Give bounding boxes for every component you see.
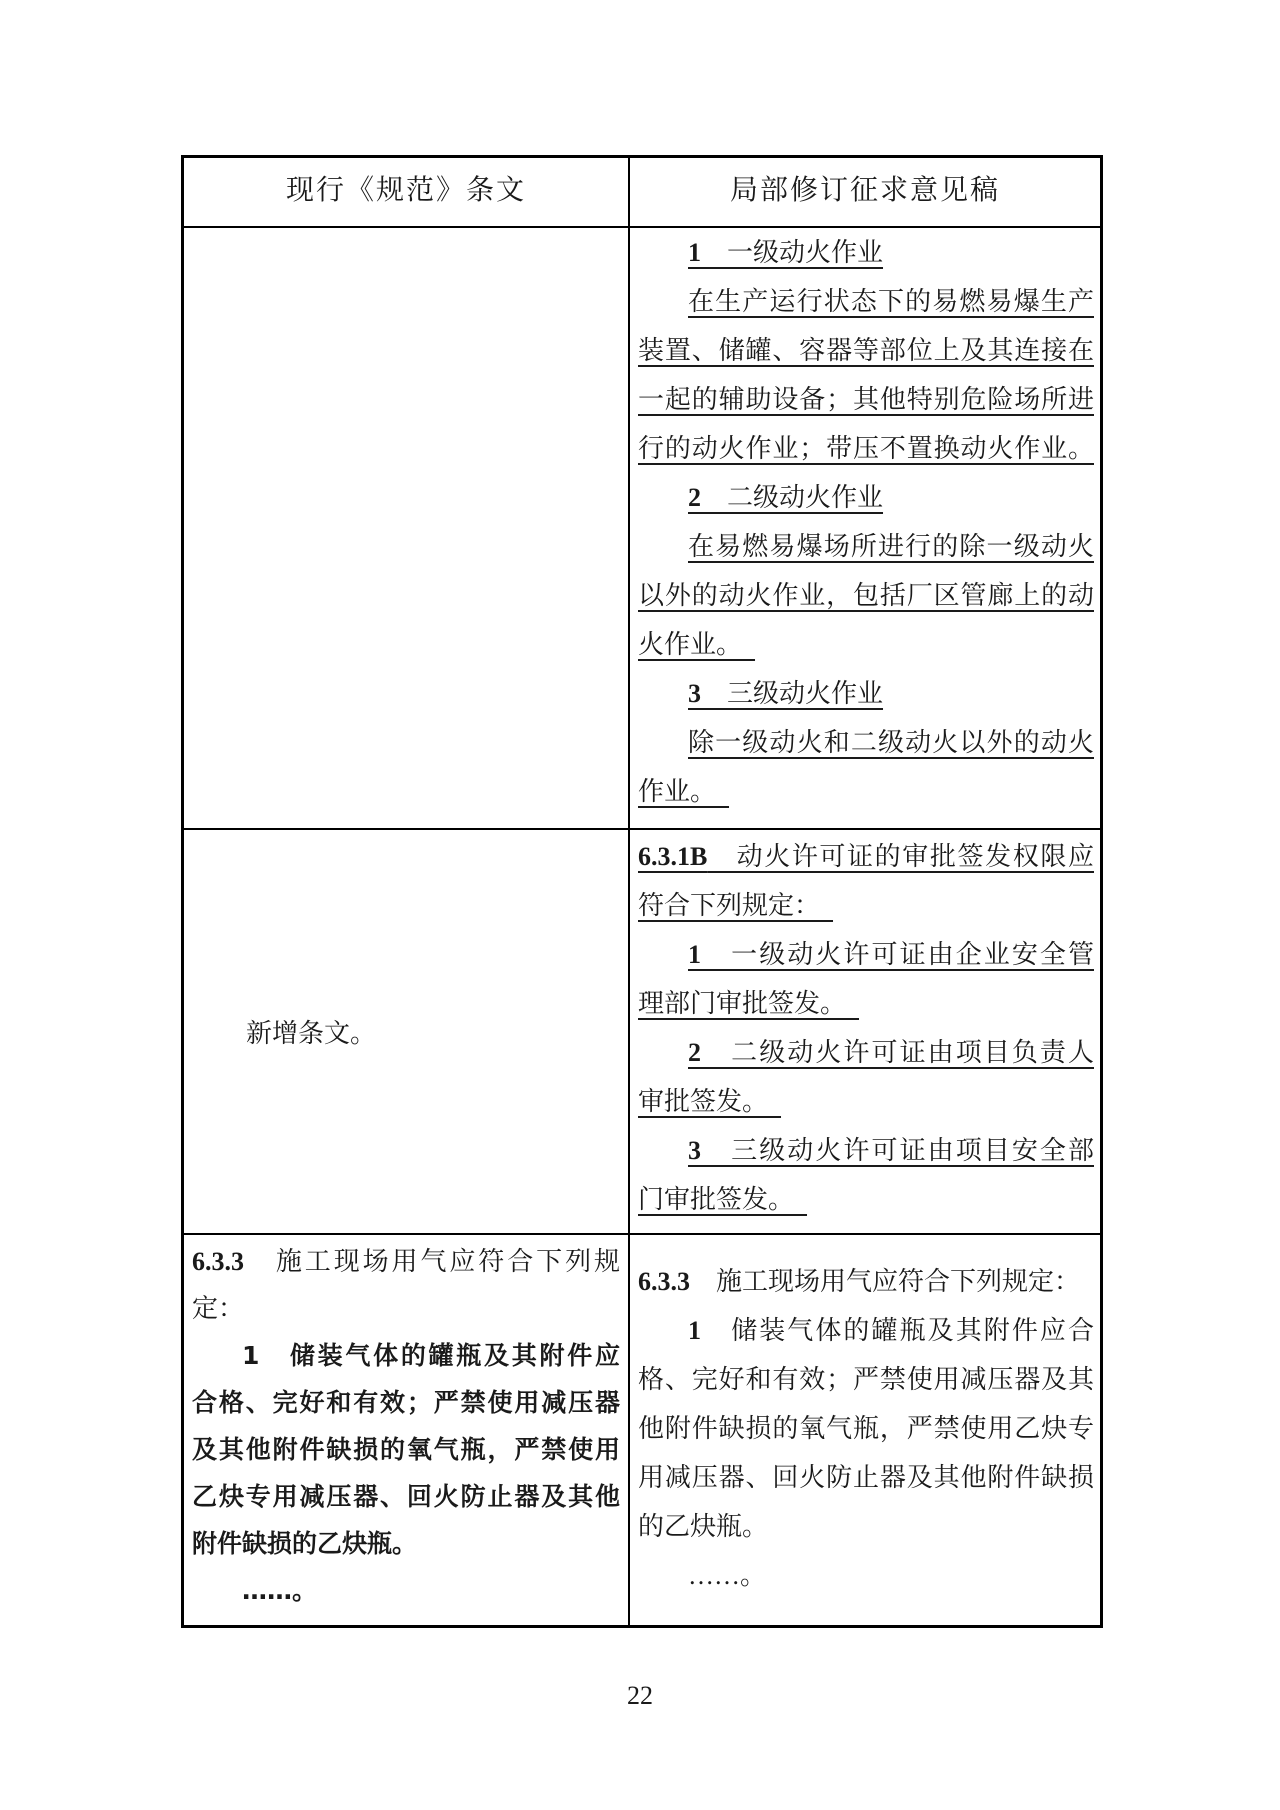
line-text: 储装气体的罐瓶及其附件应 bbox=[259, 1341, 620, 1370]
clause-number: 1 bbox=[688, 1316, 701, 1345]
line-text: 三级动火许可证由项目安全部 bbox=[701, 1136, 1094, 1165]
clause-number: 6.3.3 bbox=[638, 1267, 690, 1296]
line-text: 除一级动火和二级动火以外的动火 bbox=[688, 728, 1094, 757]
text-line: 1 一级动火作业 bbox=[638, 228, 1094, 277]
text-line: 除一级动火和二级动火以外的动火 bbox=[638, 718, 1094, 767]
line-text: 二级动火许可证由项目负责人 bbox=[701, 1038, 1094, 1067]
text-line: 门审批签发。 bbox=[638, 1175, 1094, 1224]
clause-number: 2 bbox=[688, 1038, 701, 1067]
text-line: 装置、储罐、容器等部位上及其连接在 bbox=[638, 326, 1094, 375]
ellipsis-text: ……。 bbox=[688, 1561, 766, 1590]
text-line: 他附件缺损的氧气瓶，严禁使用乙炔专 bbox=[638, 1404, 1094, 1453]
clause-number: 1 bbox=[688, 940, 701, 969]
text-line: 理部门审批签发。 bbox=[638, 979, 1094, 1028]
line-text: 装置、储罐、容器等部位上及其连接在 bbox=[638, 336, 1094, 365]
current-spec-cell-new-clause: 新增条文。 bbox=[184, 830, 628, 1233]
comparison-table: 现行《规范》条文 局部修订征求意见稿 1 一级动火作业 在生产运行状态下的易燃易… bbox=[181, 155, 1103, 1628]
line-text: 附件缺损的乙炔瓶。 bbox=[192, 1529, 417, 1558]
new-clause-note: 新增条文。 bbox=[246, 1013, 376, 1050]
line-text: 审批签发。 bbox=[638, 1087, 781, 1116]
text-line: 在生产运行状态下的易燃易爆生产 bbox=[638, 277, 1094, 326]
text-line: 行的动火作业；带压不置换动火作业。 bbox=[638, 424, 1094, 473]
text-line: 3 三级动火许可证由项目安全部 bbox=[638, 1126, 1094, 1175]
table-row: 1 一级动火作业 在生产运行状态下的易燃易爆生产 装置、储罐、容器等部位上及其连… bbox=[184, 226, 1100, 828]
line-text: 理部门审批签发。 bbox=[638, 989, 859, 1018]
line-text: 三级动火作业 bbox=[701, 679, 883, 708]
text-line: 定： bbox=[192, 1285, 620, 1332]
text-line: ……。 bbox=[192, 1567, 620, 1614]
clause-number: 1 bbox=[688, 238, 701, 267]
text-line: 2 二级动火许可证由项目负责人 bbox=[638, 1028, 1094, 1077]
revision-cell-hotwork-classes: 1 一级动火作业 在生产运行状态下的易燃易爆生产 装置、储罐、容器等部位上及其连… bbox=[628, 228, 1100, 828]
text-line: 6.3.1B 动火许可证的审批签发权限应 bbox=[638, 832, 1094, 881]
line-text: 作业。 bbox=[638, 777, 729, 806]
line-text: 一起的辅助设备；其他特别危险场所进 bbox=[638, 385, 1094, 414]
line-text: 施工现场用气应符合下列规定： bbox=[690, 1267, 1080, 1296]
text-line: 在易燃易爆场所进行的除一级动火 bbox=[638, 522, 1094, 571]
clause-number: 3 bbox=[688, 679, 701, 708]
text-line: 2 二级动火作业 bbox=[638, 473, 1094, 522]
header-revision-draft: 局部修订征求意见稿 bbox=[628, 158, 1100, 226]
line-text: 定： bbox=[192, 1294, 244, 1323]
line-text: 合格、完好和有效；严禁使用减压器 bbox=[192, 1388, 620, 1417]
clause-number: 6.3.3 bbox=[192, 1247, 244, 1276]
revision-cell-approval-authority: 6.3.1B 动火许可证的审批签发权限应 符合下列规定： 1 一级动火许可证由企… bbox=[628, 830, 1100, 1233]
text-line: 用减压器、回火防止器及其他附件缺损 bbox=[638, 1453, 1094, 1502]
text-line: 附件缺损的乙炔瓶。 bbox=[192, 1520, 620, 1567]
page-number: 22 bbox=[0, 1681, 1280, 1711]
text-line: 乙炔专用减压器、回火防止器及其他 bbox=[192, 1473, 620, 1520]
text-line: 1 一级动火许可证由企业安全管 bbox=[638, 930, 1094, 979]
table-header-row: 现行《规范》条文 局部修订征求意见稿 bbox=[184, 158, 1100, 226]
line-text: 行的动火作业；带压不置换动火作业。 bbox=[638, 434, 1094, 463]
line-text: 施工现场用气应符合下列规 bbox=[244, 1247, 620, 1276]
line-text: 一级动火作业 bbox=[701, 238, 883, 267]
clause-number: 1 bbox=[242, 1341, 259, 1370]
current-spec-cell-6-3-3: 6.3.3 施工现场用气应符合下列规 定： 1 储装气体的罐瓶及其附件应 合格、… bbox=[184, 1235, 628, 1625]
line-text: 火作业。 bbox=[638, 630, 755, 659]
header-current-spec: 现行《规范》条文 bbox=[184, 158, 628, 226]
line-text: 乙炔专用减压器、回火防止器及其他 bbox=[192, 1482, 620, 1511]
text-line: 以外的动火作业，包括厂区管廊上的动 bbox=[638, 571, 1094, 620]
text-line: 6.3.3 施工现场用气应符合下列规 bbox=[192, 1238, 620, 1285]
text-line: 合格、完好和有效；严禁使用减压器 bbox=[192, 1379, 620, 1426]
line-text: 格、完好和有效；严禁使用减压器及其 bbox=[638, 1365, 1094, 1394]
line-text: 的乙炔瓶。 bbox=[638, 1512, 768, 1541]
text-line: 审批签发。 bbox=[638, 1077, 1094, 1126]
text-line: 格、完好和有效；严禁使用减压器及其 bbox=[638, 1355, 1094, 1404]
table-row: 6.3.3 施工现场用气应符合下列规 定： 1 储装气体的罐瓶及其附件应 合格、… bbox=[184, 1233, 1100, 1625]
document-page: 现行《规范》条文 局部修订征求意见稿 1 一级动火作业 在生产运行状态下的易燃易… bbox=[0, 0, 1280, 1810]
text-line: 3 三级动火作业 bbox=[638, 669, 1094, 718]
text-line: 1 储装气体的罐瓶及其附件应 bbox=[192, 1332, 620, 1379]
text-line: 作业。 bbox=[638, 767, 1094, 816]
line-text: 用减压器、回火防止器及其他附件缺损 bbox=[638, 1463, 1094, 1492]
text-line: 火作业。 bbox=[638, 620, 1094, 669]
line-text: 在易燃易爆场所进行的除一级动火 bbox=[688, 532, 1094, 561]
text-line: ……。 bbox=[638, 1551, 1094, 1600]
table-row: 新增条文。 6.3.1B 动火许可证的审批签发权限应 符合下列规定： 1 一级动… bbox=[184, 828, 1100, 1233]
text-line: 符合下列规定： bbox=[638, 881, 1094, 930]
line-text: 动火许可证的审批签发权限应 bbox=[707, 842, 1094, 871]
ellipsis-text: ……。 bbox=[242, 1576, 317, 1605]
line-text: 一级动火许可证由企业安全管 bbox=[701, 940, 1094, 969]
text-line: 1 储装气体的罐瓶及其附件应合 bbox=[638, 1306, 1094, 1355]
revision-cell-6-3-3: 6.3.3 施工现场用气应符合下列规定： 1 储装气体的罐瓶及其附件应合 格、完… bbox=[628, 1235, 1100, 1625]
line-text: 以外的动火作业，包括厂区管廊上的动 bbox=[638, 581, 1094, 610]
line-text: 储装气体的罐瓶及其附件应合 bbox=[701, 1316, 1094, 1345]
line-text: 及其他附件缺损的氧气瓶，严禁使用 bbox=[192, 1435, 620, 1464]
text-line: 的乙炔瓶。 bbox=[638, 1502, 1094, 1551]
line-text: 在生产运行状态下的易燃易爆生产 bbox=[688, 287, 1094, 316]
text-line: 6.3.3 施工现场用气应符合下列规定： bbox=[638, 1257, 1094, 1306]
current-spec-cell-empty bbox=[184, 228, 628, 828]
clause-number: 3 bbox=[688, 1136, 701, 1165]
text-line: 及其他附件缺损的氧气瓶，严禁使用 bbox=[192, 1426, 620, 1473]
line-text: 符合下列规定： bbox=[638, 891, 833, 920]
clause-number: 2 bbox=[688, 483, 701, 512]
line-text: 门审批签发。 bbox=[638, 1185, 807, 1214]
line-text: 二级动火作业 bbox=[701, 483, 883, 512]
clause-number: 6.3.1B bbox=[638, 842, 707, 871]
text-line: 一起的辅助设备；其他特别危险场所进 bbox=[638, 375, 1094, 424]
line-text: 他附件缺损的氧气瓶，严禁使用乙炔专 bbox=[638, 1414, 1094, 1443]
